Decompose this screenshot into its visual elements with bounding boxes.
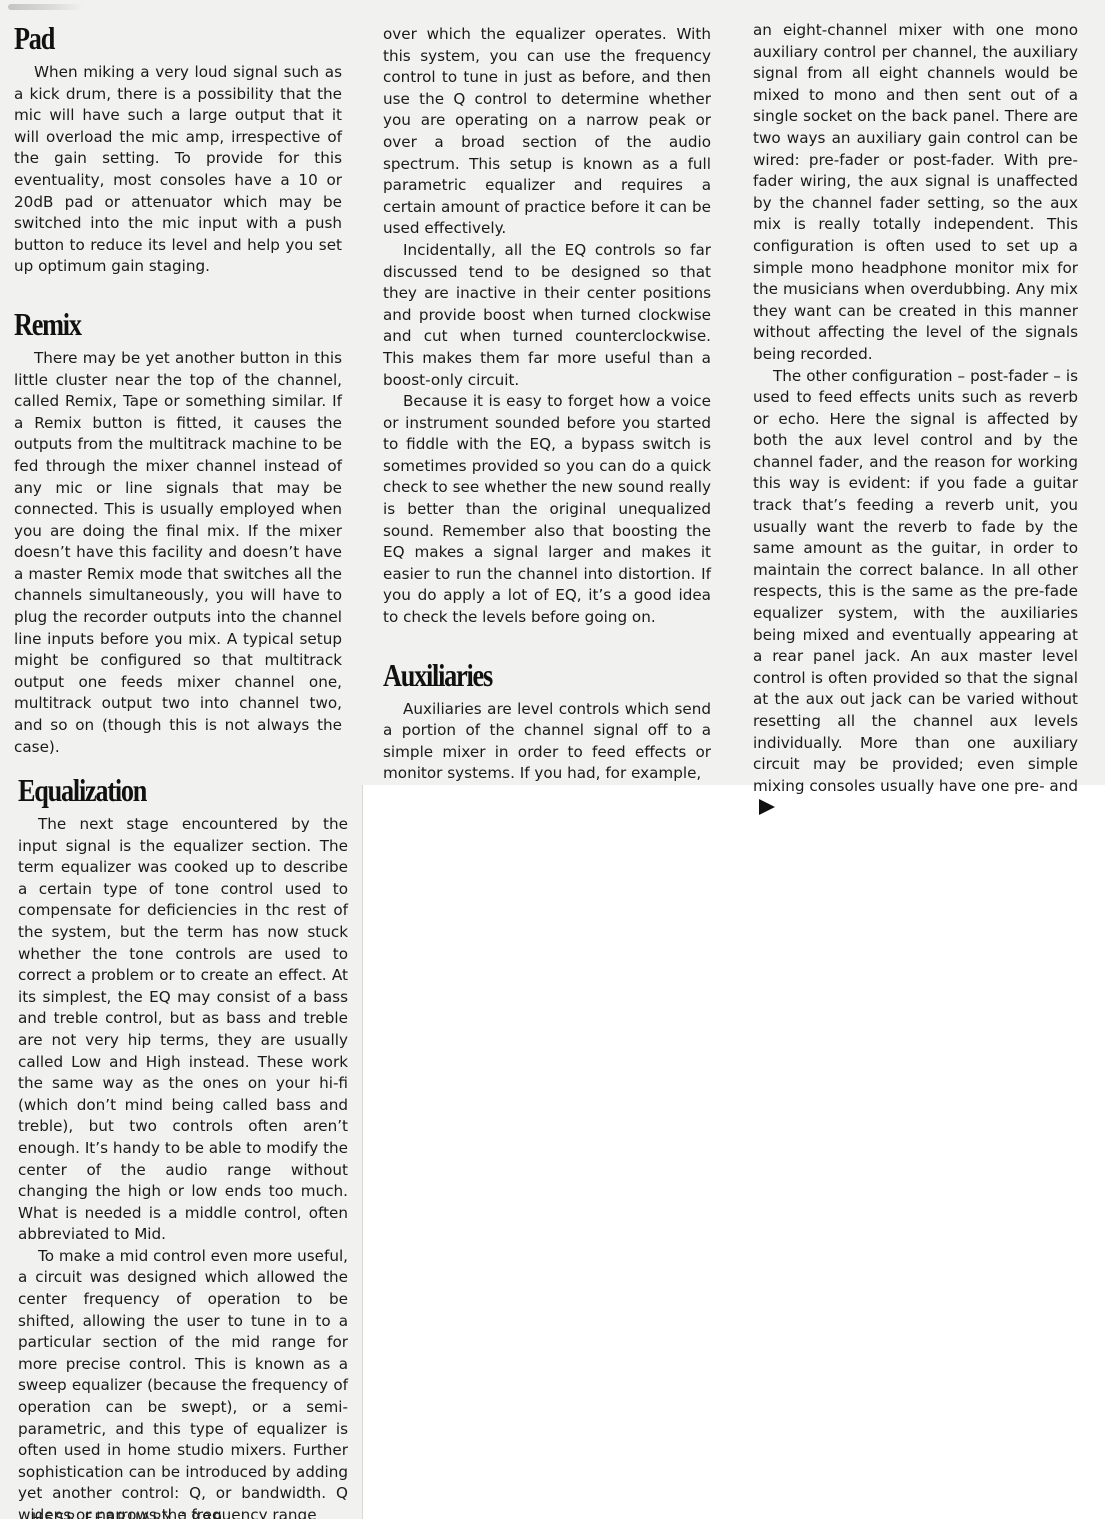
heading-pad: Pad [14,20,283,56]
scan-smudge [8,4,83,10]
page-footer: HSSR FEBRUARY 1999 [32,1512,224,1519]
paragraph: Auxiliaries are level controls which sen… [383,699,711,785]
section-pad: Pad When miking a very loud signal such … [14,20,342,278]
paragraph: There may be yet another button in this … [14,348,342,758]
continued-arrow-icon [759,799,775,815]
heading-equalization: Equalization [18,772,289,808]
column-2: over which the equalizer operates. With … [383,24,711,785]
heading-remix: Remix [14,306,283,342]
heading-auxiliaries: Auxiliaries [383,657,652,693]
paragraph: When miking a very loud signal such as a… [14,62,342,278]
section-remix: Remix There may be yet another button in… [14,306,342,758]
section-equalization: Equalization The next stage encountered … [18,772,348,1519]
paragraph: To make a mid control even more useful, … [18,1246,348,1519]
paragraph: The next stage encountered by the input … [18,814,348,1246]
column-1: Pad When miking a very loud signal such … [14,20,342,758]
paragraph: Because it is easy to forget how a voice… [383,391,711,629]
paragraph-text: The other configuration – post-fader – i… [753,367,1078,795]
paragraph-last: The other configuration – post-fader – i… [753,366,1078,819]
column-1-continued: Equalization The next stage encountered … [18,772,348,1519]
section-auxiliaries: Auxiliaries Auxiliaries are level contro… [383,657,711,785]
paragraph-continued: an eight-channel mixer with one mono aux… [753,20,1078,366]
column-3: an eight-channel mixer with one mono aux… [753,20,1078,819]
paragraph-continued: over which the equalizer operates. With … [383,24,711,240]
paragraph: Incidentally, all the EQ controls so far… [383,240,711,391]
